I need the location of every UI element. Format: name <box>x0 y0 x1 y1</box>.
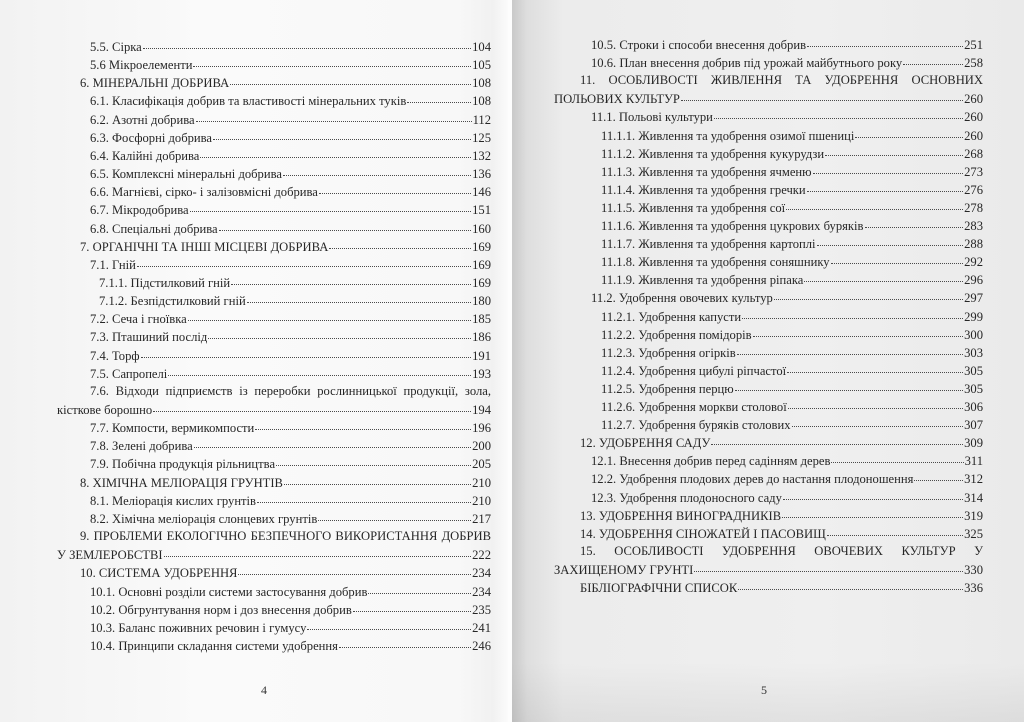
toc-entry-title: 7.1. Гній <box>90 257 136 274</box>
toc-page-number: 108 <box>472 75 491 92</box>
dot-leader <box>813 161 964 174</box>
toc-entry-title: 10.3. Баланс поживних речовин і гумусу <box>90 620 306 637</box>
dot-leader <box>714 106 963 119</box>
dot-leader <box>807 179 963 192</box>
toc-entry-title: 7.9. Побічна продукція рільництва <box>90 456 275 473</box>
dot-leader <box>231 272 471 285</box>
toc-page-number: 251 <box>964 37 983 54</box>
toc-entry-title: 7.6. Відходи підприємств із переробки ро… <box>90 384 491 398</box>
toc-entry: 11. ОСОБЛИВОСТІ ЖИВЛЕННЯ ТА УДОБРЕННЯ ОС… <box>580 72 983 89</box>
dot-leader <box>681 88 963 101</box>
toc-entry-title: 11.2.1. Удобрення капусти <box>601 309 741 326</box>
toc-entry-title: кісткове борошно <box>57 402 152 419</box>
toc-page-number: 299 <box>964 309 983 326</box>
toc-page-number: 330 <box>964 562 983 579</box>
toc-page-number: 200 <box>472 438 491 455</box>
toc-page-number: 234 <box>472 584 491 601</box>
toc-entry-title: ПОЛЬОВИХ КУЛЬТУР <box>554 91 680 108</box>
dot-leader <box>143 36 471 49</box>
toc-entry: 8.2. Хімічна меліорація слонцевих грунті… <box>90 510 491 528</box>
toc-entry: 10.6. План внесення добрив під урожай ма… <box>591 54 983 72</box>
toc-page-number: 205 <box>472 456 491 473</box>
toc-entry-title: 11.1.5. Живлення та удобрення сої <box>601 200 785 217</box>
toc-page-number: 222 <box>472 547 491 564</box>
toc-entry-title: 10. СИСТЕМА УДОБРЕННЯ <box>80 565 237 582</box>
dot-leader <box>247 290 471 303</box>
dot-leader <box>865 215 964 228</box>
dot-leader <box>200 145 471 158</box>
toc-entry-title: 10.1. Основні розділи системи застосуван… <box>90 584 367 601</box>
toc-entry-title: 12.3. Удобрення плодоносного саду <box>591 490 782 507</box>
toc-page-number: 260 <box>964 91 983 108</box>
toc-entry-title: 10.6. План внесення добрив під урожай ма… <box>591 55 902 72</box>
dot-leader <box>353 599 471 612</box>
dot-leader <box>738 577 963 590</box>
dot-leader <box>194 435 471 448</box>
toc-entry-title: 11.1. Польові культури <box>591 109 713 126</box>
toc-entry-title: 15. ОСОБЛИВОСТІ УДОБРЕННЯ ОВОЧЕВИХ КУЛЬТ… <box>580 544 983 558</box>
dot-leader <box>190 199 472 212</box>
toc-page-number: 194 <box>472 402 491 419</box>
dot-leader <box>283 163 471 176</box>
toc-page-number: 306 <box>964 399 983 416</box>
toc-entry: 7.5. Сапропелі193 <box>90 365 491 383</box>
toc-page-number: 283 <box>964 218 983 235</box>
toc-entry-title: 11.1.4. Живлення та удобрення гречки <box>601 182 806 199</box>
page-number: 4 <box>261 683 267 698</box>
toc-page-number: 278 <box>964 200 983 217</box>
toc-page-number: 312 <box>964 471 983 488</box>
toc-page-number: 305 <box>964 363 983 380</box>
dot-leader <box>153 399 471 412</box>
toc-entry: 7.6. Відходи підприємств із переробки ро… <box>90 383 491 400</box>
toc-page-number: 186 <box>472 329 491 346</box>
toc-page-number: 292 <box>964 254 983 271</box>
dot-leader <box>339 635 471 648</box>
toc-entry-title: 7.5. Сапропелі <box>90 366 167 383</box>
dot-leader <box>735 378 963 391</box>
dot-leader <box>827 523 963 536</box>
dot-leader <box>694 559 963 572</box>
dot-leader <box>307 617 471 630</box>
toc-entry: 15. ОСОБЛИВОСТІ УДОБРЕННЯ ОВОЧЕВИХ КУЛЬТ… <box>580 543 983 560</box>
dot-leader <box>711 432 963 445</box>
dot-leader <box>255 417 471 430</box>
toc-page-number: 191 <box>472 348 491 365</box>
toc-entry-title: 8. ХІМІЧНА МЕЛІОРАЦІЯ ГРУНТІВ <box>80 475 283 492</box>
toc-page-number: 146 <box>472 184 491 201</box>
dot-leader <box>196 109 472 122</box>
toc-entry-title: 6.4. Калійні добрива <box>90 148 199 165</box>
toc-entry-title: 14. УДОБРЕННЯ СІНОЖАТЕЙ І ПАСОВИЩ <box>580 526 826 543</box>
toc-entry-title: 10.4. Принципи складання системи удобрен… <box>90 638 338 655</box>
toc-entry-title: 11.1.3. Живлення та удобрення ячменю <box>601 164 812 181</box>
dot-leader <box>318 508 471 521</box>
toc-page-number: 314 <box>964 490 983 507</box>
dot-leader <box>831 251 964 264</box>
toc-page-number: 300 <box>964 327 983 344</box>
toc-page-number: 180 <box>472 293 491 310</box>
dot-leader <box>742 306 963 319</box>
toc-page-number: 241 <box>472 620 491 637</box>
dot-leader <box>168 363 471 376</box>
toc-page-number: 288 <box>964 236 983 253</box>
toc-page-number: 136 <box>472 166 491 183</box>
toc-page-number: 112 <box>473 112 491 129</box>
toc-page-number: 234 <box>472 565 491 582</box>
toc-entry-title: 7.4. Торф <box>90 348 140 365</box>
toc-page-number: 309 <box>964 435 983 452</box>
dot-leader <box>787 360 963 373</box>
toc-page-number: 104 <box>472 39 491 56</box>
toc-page-number: 217 <box>472 511 491 528</box>
toc-page-number: 276 <box>964 182 983 199</box>
dot-leader <box>753 324 964 337</box>
dot-leader <box>817 233 964 246</box>
toc-page-number: 151 <box>472 202 491 219</box>
toc-entry-title: 6.8. Спеціальні добрива <box>90 221 218 238</box>
toc-page-number: 268 <box>964 146 983 163</box>
toc-page-number: 108 <box>472 93 491 110</box>
toc-entry-title: 8.1. Меліорація кислих грунтів <box>90 493 256 510</box>
toc-entry-title: 7.8. Зелені добрива <box>90 438 193 455</box>
toc-page-number: 169 <box>472 239 491 256</box>
dot-leader <box>774 287 963 300</box>
dot-leader <box>230 72 471 85</box>
dot-leader <box>786 197 963 210</box>
dot-leader <box>782 505 963 518</box>
toc-entry-title: 12. УДОБРЕННЯ САДУ <box>580 435 710 452</box>
toc-entry-title: 5.5. Сірка <box>90 39 142 56</box>
toc-page-number: 297 <box>964 290 983 307</box>
toc-entry-title: 11.1.2. Живлення та удобрення кукурудзи <box>601 146 824 163</box>
left-page: 5.5. Сірка1045.6 Мікроелементи1056. МІНЕ… <box>0 0 508 722</box>
toc-page-number: 210 <box>472 475 491 492</box>
toc-page-number: 125 <box>472 130 491 147</box>
dot-leader <box>914 468 963 481</box>
toc-page-number: 193 <box>472 366 491 383</box>
dot-leader <box>193 54 471 67</box>
dot-leader <box>825 143 963 156</box>
dot-leader <box>329 236 471 249</box>
toc-page-number: 169 <box>472 257 491 274</box>
toc-page-number: 132 <box>472 148 491 165</box>
toc-entry-title: 13. УДОБРЕННЯ ВИНОГРАДНИКІВ <box>580 508 781 525</box>
dot-leader <box>788 396 963 409</box>
toc-page-number: 303 <box>964 345 983 362</box>
toc-entry: 10.4. Принципи складання системи удобрен… <box>90 637 491 655</box>
toc-entry-title: 11.2.6. Удобрення моркви столової <box>601 399 787 416</box>
dot-leader <box>284 472 471 485</box>
toc-entry-title: 11. ОСОБЛИВОСТІ ЖИВЛЕННЯ ТА УДОБРЕННЯ ОС… <box>580 73 983 87</box>
toc-entry-title: 6.3. Фосфорні добрива <box>90 130 212 147</box>
dot-leader <box>783 487 963 500</box>
dot-leader <box>238 562 471 575</box>
toc-entry-title: 6.7. Мікродобрива <box>90 202 189 219</box>
dot-leader <box>257 490 471 503</box>
toc-page-number: 185 <box>472 311 491 328</box>
dot-leader <box>219 218 471 231</box>
toc-page-number: 305 <box>964 381 983 398</box>
toc-entry-title: БІБЛІОГРАФІЧНИ СПИСОК <box>580 580 737 597</box>
toc-page-number: 196 <box>472 420 491 437</box>
dot-leader <box>137 254 471 267</box>
right-page: 10.5. Строки і способи внесення добрив25… <box>512 0 1024 722</box>
dot-leader <box>188 308 471 321</box>
toc-entry-title: 11.2.3. Удобрення огірків <box>601 345 736 362</box>
toc-page-number: 235 <box>472 602 491 619</box>
toc-entry-title: 9. ПРОБЛЕМИ ЕКОЛОГІЧНО БЕЗПЕЧНОГО ВИКОРИ… <box>80 529 491 543</box>
toc-entry-title: 10.5. Строки і способи внесення добрив <box>591 37 806 54</box>
toc-page-number: 325 <box>964 526 983 543</box>
dot-leader <box>831 450 963 463</box>
dot-leader <box>213 127 471 140</box>
toc-entry: 9. ПРОБЛЕМИ ЕКОЛОГІЧНО БЕЗПЕЧНОГО ВИКОРИ… <box>80 528 491 545</box>
toc-page-number: 336 <box>964 580 983 597</box>
toc-entry-title: 11.2.2. Удобрення помідорів <box>601 327 752 344</box>
dot-leader <box>807 34 963 47</box>
toc-page-number: 246 <box>472 638 491 655</box>
toc-page-number: 210 <box>472 493 491 510</box>
toc-page-number: 296 <box>964 272 983 289</box>
toc-page-number: 307 <box>964 417 983 434</box>
toc-entry-title: ЗАХИЩЕНОМУ ГРУНТІ <box>554 562 693 579</box>
dot-leader <box>319 181 471 194</box>
toc-entry-title: 11.1.7. Живлення та удобрення картоплі <box>601 236 816 253</box>
toc-entry-title: 6.5. Комплексні мінеральні добрива <box>90 166 282 183</box>
toc-page-number: 311 <box>965 453 983 470</box>
dot-leader <box>407 90 471 103</box>
toc-page-number: 260 <box>964 128 983 145</box>
toc-page-number: 319 <box>964 508 983 525</box>
toc-page-number: 169 <box>472 275 491 292</box>
toc-entry-title: 11.1.8. Живлення та удобрення соняшнику <box>601 254 830 271</box>
dot-leader <box>737 342 963 355</box>
toc-page-number: 160 <box>472 221 491 238</box>
toc-page-number: 273 <box>964 164 983 181</box>
dot-leader <box>804 269 963 282</box>
toc-entry-title: 12.1. Внесення добрив перед садінням дер… <box>591 453 830 470</box>
dot-leader <box>276 453 471 466</box>
toc-entry-title: 7.1.1. Підстилковий гній <box>99 275 230 292</box>
toc-entry-title: 8.2. Хімічна меліорація слонцевих грунті… <box>90 511 317 528</box>
toc-page-number: 258 <box>964 55 983 72</box>
toc-entry: БІБЛІОГРАФІЧНИ СПИСОК336 <box>580 579 983 597</box>
toc-entry-title: 7.2. Сеча і гноївка <box>90 311 187 328</box>
dot-leader <box>792 414 964 427</box>
dot-leader <box>903 52 963 65</box>
dot-leader <box>208 326 471 339</box>
toc-entry-title: У ЗЕМЛЕРОБСТВІ <box>57 547 163 564</box>
page-number: 5 <box>761 683 767 698</box>
toc-entry: 14. УДОБРЕННЯ СІНОЖАТЕЙ І ПАСОВИЩ325 <box>580 525 983 543</box>
dot-leader <box>141 345 472 358</box>
toc-entry-title: 11.1.1. Живлення та удобрення озимої пше… <box>601 128 854 145</box>
dot-leader <box>164 544 472 557</box>
toc-page-number: 260 <box>964 109 983 126</box>
dot-leader <box>855 125 963 138</box>
dot-leader <box>368 581 471 594</box>
toc-page-number: 105 <box>472 57 491 74</box>
toc-entry-title: 6. МІНЕРАЛЬНІ ДОБРИВА <box>80 75 229 92</box>
toc-entry-title: 11.2.5. Удобрення перцю <box>601 381 734 398</box>
toc-entry-title: 6.2. Азотні добрива <box>90 112 195 129</box>
toc-entry-title: 5.6 Мікроелементи <box>90 57 192 74</box>
